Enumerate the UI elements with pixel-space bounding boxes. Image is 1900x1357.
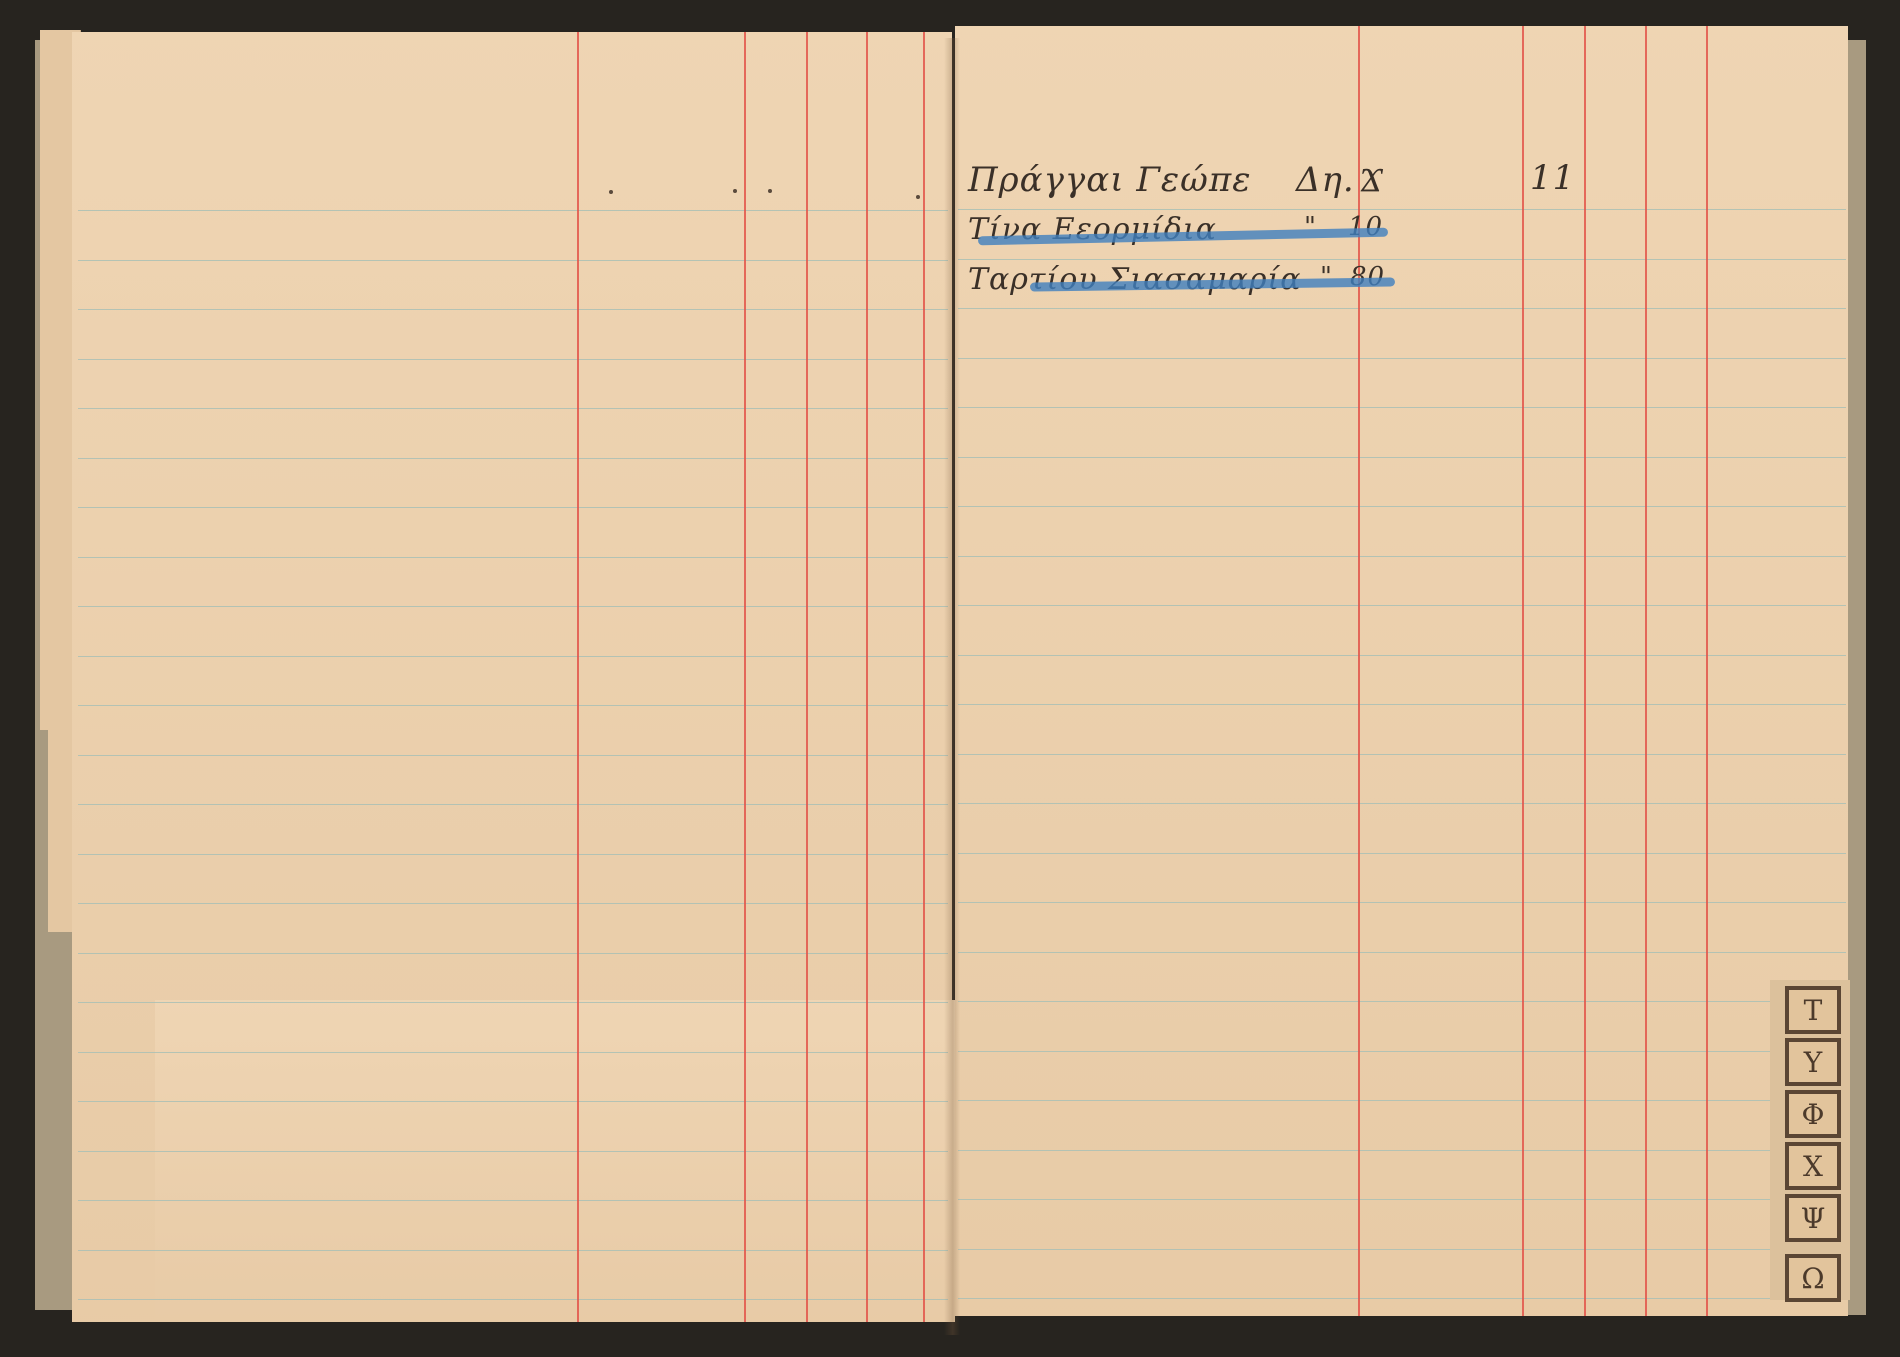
column-rule [1522, 26, 1524, 1316]
ruled-line [958, 902, 1846, 903]
ruled-line [958, 556, 1846, 557]
ruled-line [78, 656, 948, 657]
ruled-line [78, 557, 948, 558]
ruled-line [78, 705, 948, 706]
column-rule [577, 32, 579, 1322]
ruled-line [958, 457, 1846, 458]
index-tab-phi[interactable]: Φ [1785, 1090, 1841, 1138]
entry-number: Ϫ [1360, 160, 1382, 200]
ruled-line [958, 259, 1846, 260]
ruled-line [958, 853, 1846, 854]
ruled-line [958, 1150, 1846, 1151]
ruled-line [78, 408, 948, 409]
ruled-line [958, 358, 1846, 359]
ruled-line [78, 309, 948, 310]
ruled-line [78, 260, 948, 261]
index-tab-chi[interactable]: Χ [1785, 1142, 1841, 1190]
ruled-line [958, 1199, 1846, 1200]
ruled-line [958, 209, 1846, 210]
ink-dot [768, 189, 772, 193]
ruled-line [78, 359, 948, 360]
book-spine [944, 38, 960, 1335]
ink-dot [733, 189, 737, 193]
ruled-line [78, 1002, 948, 1003]
ruled-line [78, 1200, 948, 1201]
column-rule [1706, 26, 1708, 1316]
ruled-line [958, 754, 1846, 755]
ruled-line [958, 952, 1846, 953]
entry-name: Πράγγαι Γεώπε [968, 160, 1252, 200]
ruled-line [958, 655, 1846, 656]
ruled-line [78, 458, 948, 459]
column-rule [806, 32, 808, 1322]
ruled-line [958, 1051, 1846, 1052]
ruled-line [78, 1250, 948, 1251]
ink-dot [609, 190, 613, 194]
column-rule [1645, 26, 1647, 1316]
ruled-line [78, 903, 948, 904]
ruled-line [78, 854, 948, 855]
index-tab-psi[interactable]: Ψ [1785, 1194, 1841, 1242]
ruled-line [958, 1249, 1846, 1250]
column-rule [923, 32, 925, 1322]
ruled-line [78, 755, 948, 756]
column-rule [744, 32, 746, 1322]
column-rule [866, 32, 868, 1322]
ink-dot [916, 195, 920, 199]
ruled-line [958, 308, 1846, 309]
ruled-line [958, 407, 1846, 408]
ruled-line [958, 506, 1846, 507]
ruled-line [78, 1299, 948, 1300]
left-page-lower [155, 1000, 955, 1322]
ruled-line [78, 1151, 948, 1152]
index-tab-omega[interactable]: Ω [1785, 1254, 1841, 1302]
ruled-line [958, 1298, 1846, 1299]
entry-abbrev: " [1320, 262, 1333, 292]
ruled-line [958, 605, 1846, 606]
ruled-line [78, 953, 948, 954]
ruled-line [78, 507, 948, 508]
ruled-line [958, 1001, 1846, 1002]
ruled-line [78, 1052, 948, 1053]
column-rule [1584, 26, 1586, 1316]
ruled-line [958, 1100, 1846, 1101]
index-tab-upsilon[interactable]: Υ [1785, 1038, 1841, 1086]
ruled-line [78, 804, 948, 805]
entry-page-ref: 11 [1530, 158, 1575, 198]
ruled-line [78, 210, 948, 211]
index-tab-tau[interactable]: Τ [1785, 986, 1841, 1034]
ruled-line [78, 1101, 948, 1102]
ruled-line [78, 606, 948, 607]
ruled-line [958, 803, 1846, 804]
entry-abbrev: Δη. [1296, 160, 1355, 200]
ruled-line [958, 704, 1846, 705]
